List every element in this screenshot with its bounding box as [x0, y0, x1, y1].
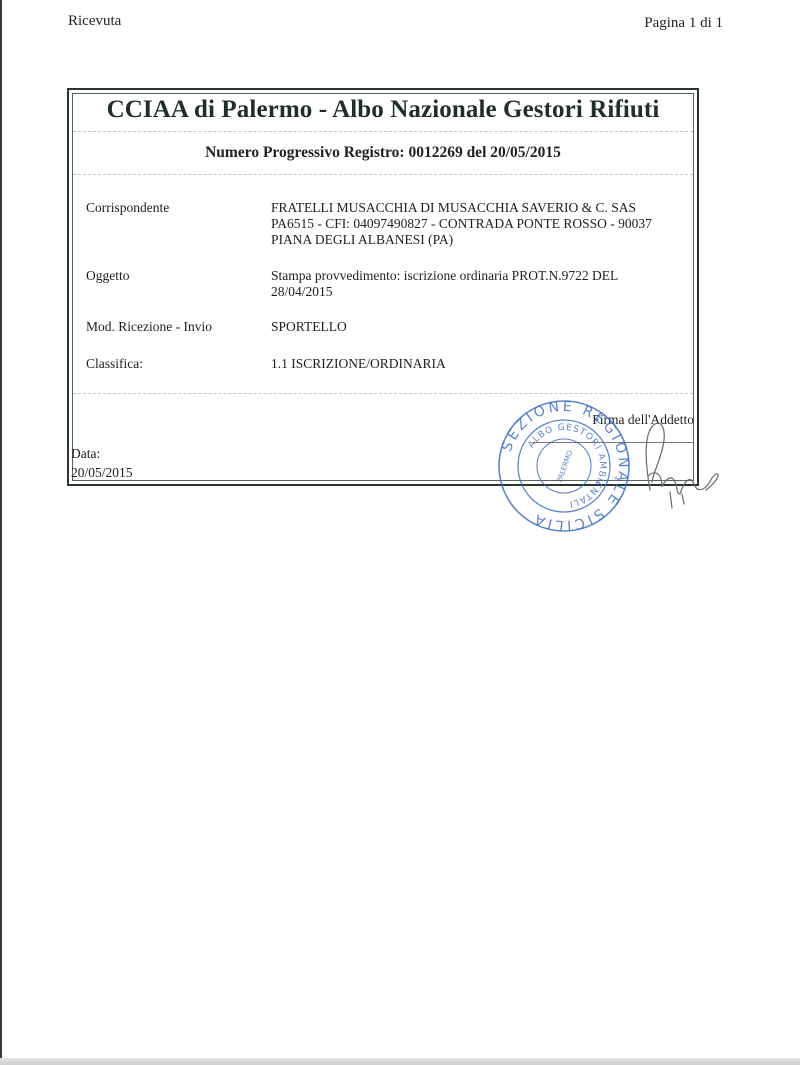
field-label-oggetto: Oggetto	[86, 268, 130, 284]
field-value-classifica: 1.1 ISCRIZIONE/ORDINARIA	[271, 356, 681, 372]
svg-text:PALERMO: PALERMO	[555, 449, 574, 483]
field-value-ricezione: SPORTELLO	[271, 319, 681, 335]
value-line: 1.1 ISCRIZIONE/ORDINARIA	[271, 356, 681, 372]
svg-text:*: *	[614, 475, 618, 484]
handwritten-signature-icon	[636, 412, 726, 512]
value-line: SPORTELLO	[271, 319, 681, 335]
divider	[73, 174, 693, 175]
field-label-ricezione: Mod. Ricezione - Invio	[86, 319, 212, 335]
date-label: Data:	[71, 446, 100, 462]
value-line: Stampa provvedimento: iscrizione ordinar…	[271, 268, 681, 284]
field-label-corrispondente: Corrispondente	[86, 200, 169, 216]
field-label-classifica: Classifica:	[86, 356, 143, 372]
document-title: CCIAA di Palermo - Albo Nazionale Gestor…	[69, 96, 697, 124]
svg-text:*: *	[596, 479, 600, 488]
value-line: FRATELLI MUSACCHIA DI MUSACCHIA SAVERIO …	[271, 200, 681, 216]
divider	[73, 131, 693, 132]
field-value-corrispondente: FRATELLI MUSACCHIA DI MUSACCHIA SAVERIO …	[271, 200, 681, 248]
value-line: 28/04/2015	[271, 284, 681, 300]
divider	[73, 393, 693, 394]
value-line: PIANA DEGLI ALBANESI (PA)	[271, 232, 681, 248]
registry-number: Numero Progressivo Registro: 0012269 del…	[69, 144, 697, 162]
page-number: Pagina 1 di 1	[644, 15, 723, 32]
page-bottom-edge	[0, 1058, 800, 1065]
value-line: PA6515 - CFI: 04097490827 - CONTRADA PON…	[271, 216, 681, 232]
date-value: 20/05/2015	[71, 465, 133, 481]
page-left-edge	[0, 0, 2, 1058]
field-value-oggetto: Stampa provvedimento: iscrizione ordinar…	[271, 268, 681, 300]
official-stamp-icon: SEZIONE REGIONALE SICILIA ALBO GESTORI A…	[496, 398, 632, 534]
page-header-title: Ricevuta	[68, 13, 121, 30]
